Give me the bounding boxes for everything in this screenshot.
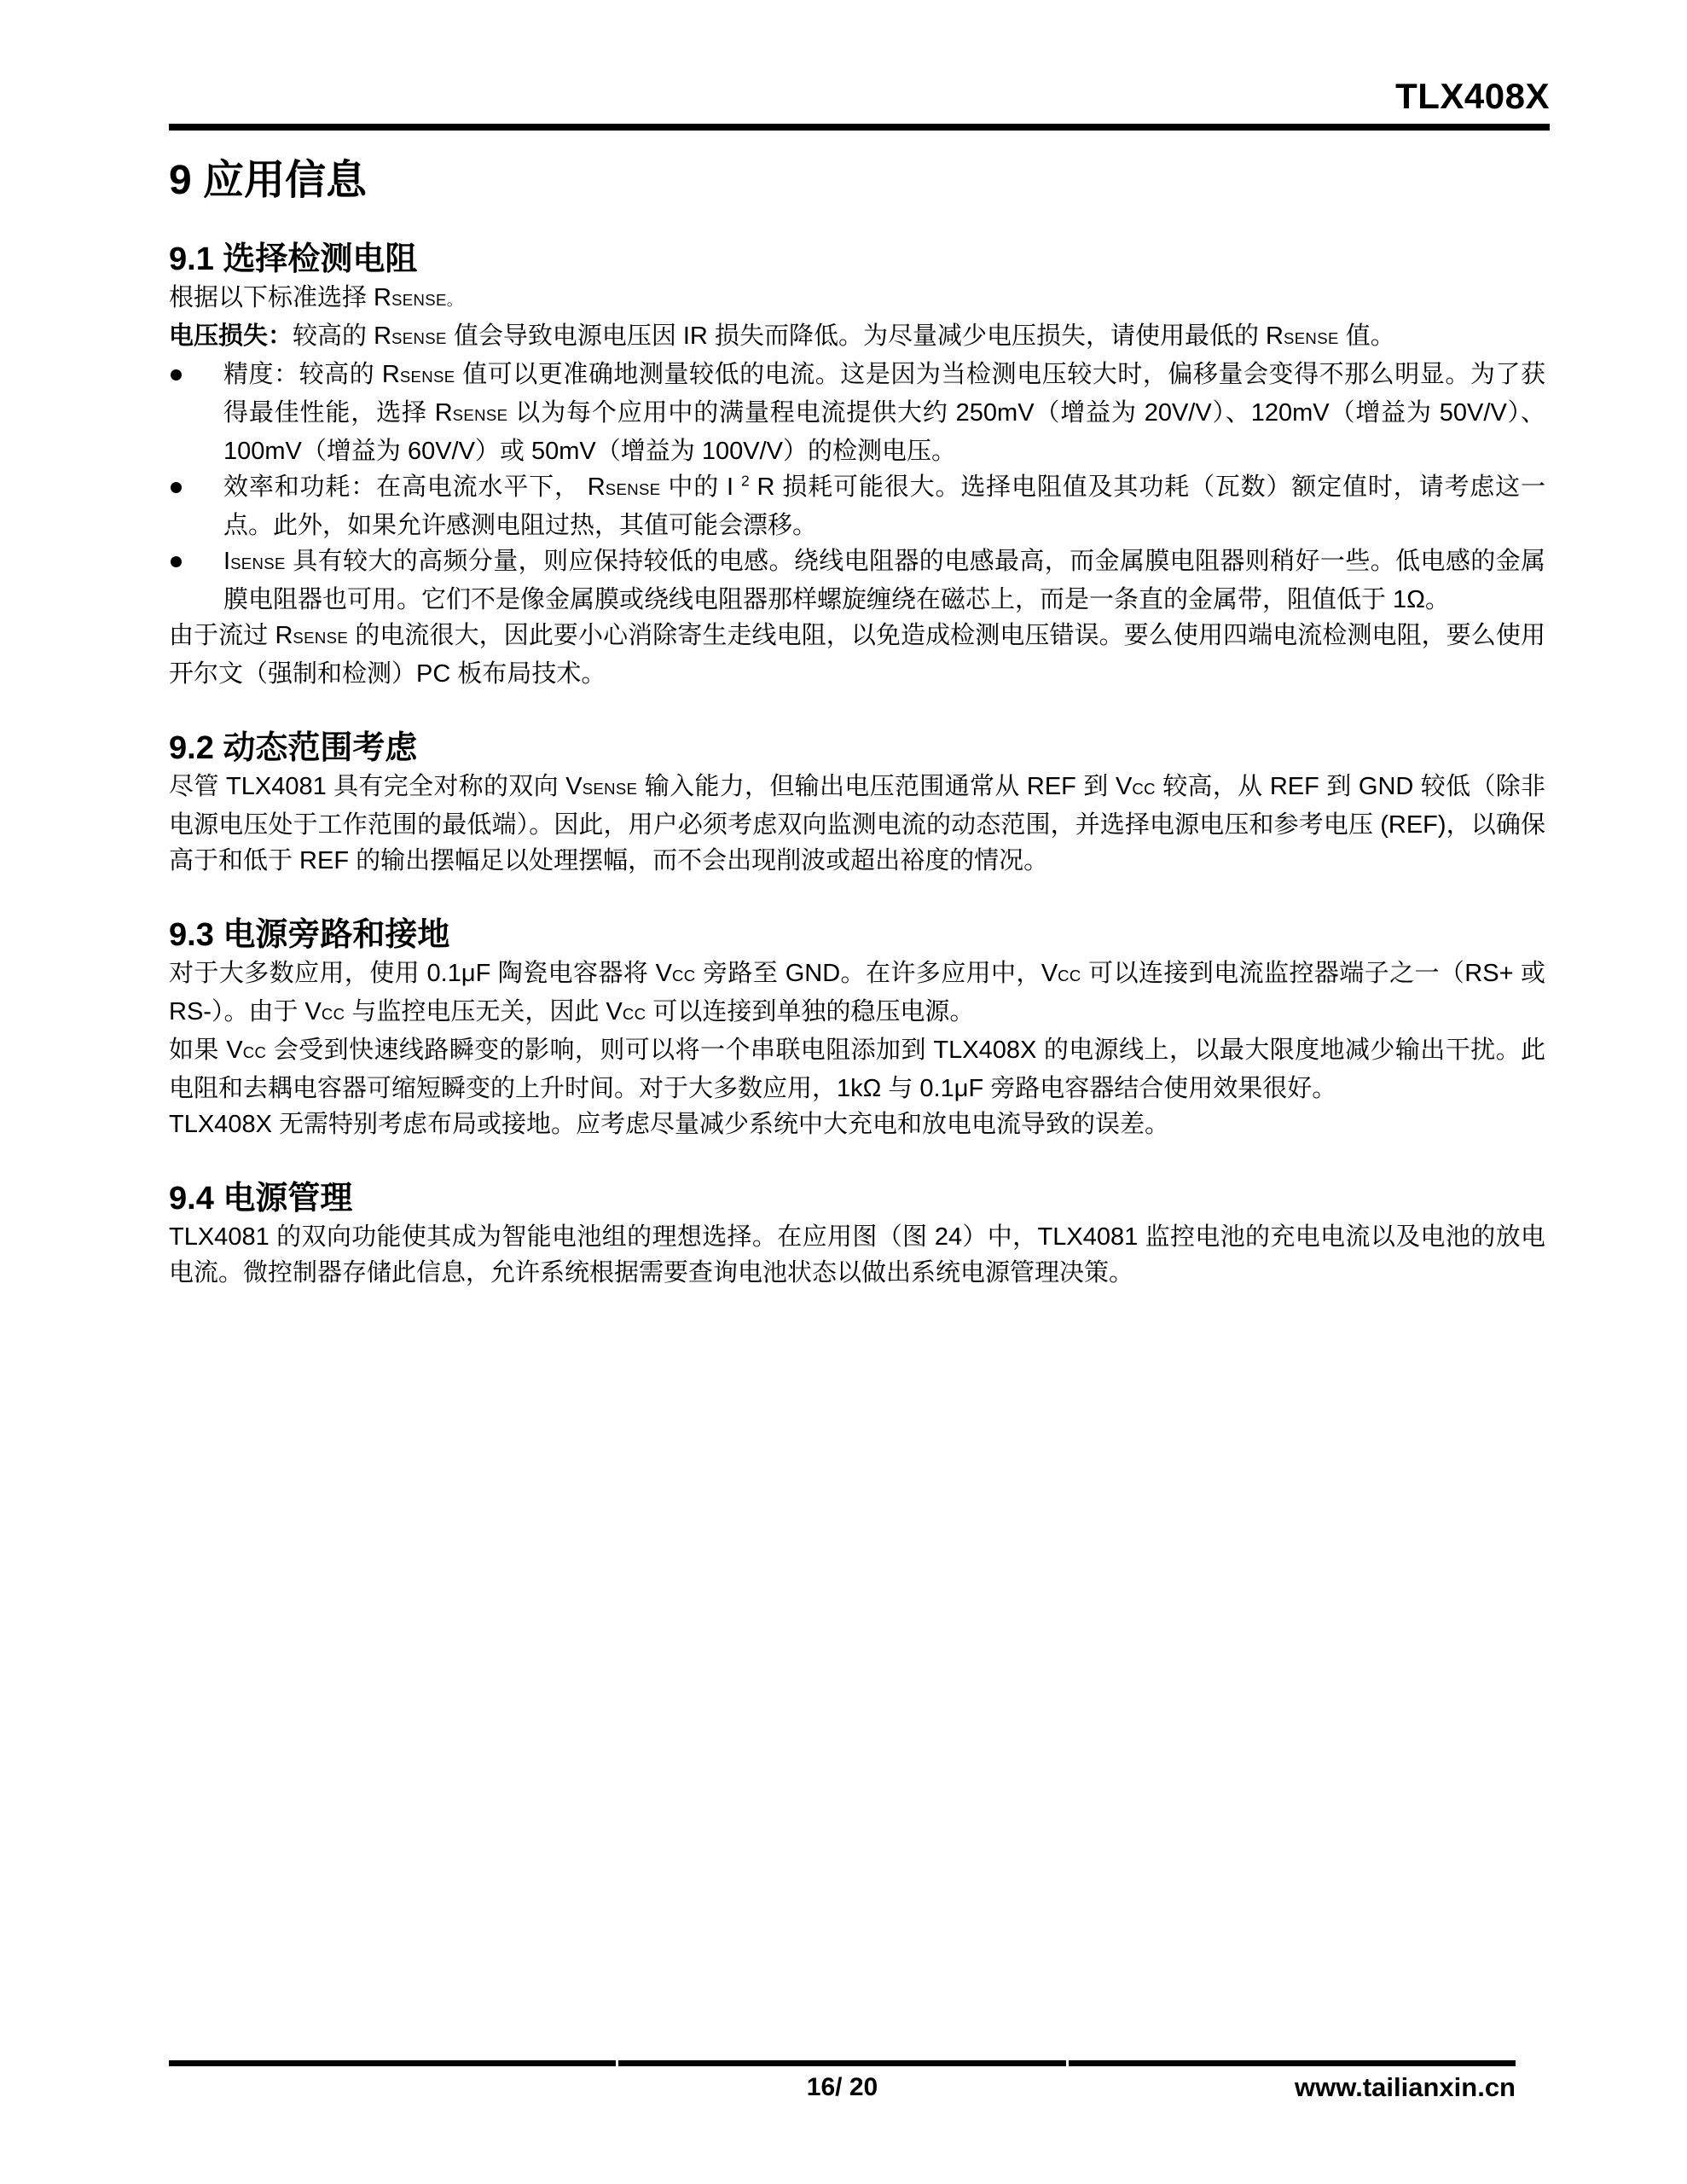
list-item: 效率和功耗：在高电流水平下， RSENSE 中的 I 2 R 损耗可能很大。选择… [169,469,1545,543]
doc-section: 9.1 选择检测电阻 根据以下标准选择 RSENSE。 电压损失：较高的 RSE… [169,241,1545,692]
chapter-title: 9 应用信息 [169,159,1545,203]
list-item-text: 精度：较高的 RSENSE 值可以更准确地测量较低的电流。这是因为当检测电压较大… [223,361,1545,465]
paragraph: 尽管 TLX4081 具有完全对称的双向 VSENSE 输入能力，但输出电压范围… [169,769,1545,879]
doc-section: 9.4 电源管理 TLX4081 的双向功能使其成为智能电池组的理想选择。在应用… [169,1180,1545,1291]
document-body: 9 应用信息 9.1 选择检测电阻 根据以下标准选择 RSENSE。 电压损失：… [169,159,1545,1291]
list-item-text: ISENSE 具有较大的高频分量，则应保持较低的电感。绕线电阻器的电感最高，而金… [223,548,1545,613]
section-body: 对于大多数应用，使用 0.1μF 陶瓷电容器将 VCC 旁路至 GND。在许多应… [169,955,1545,1142]
section-heading: 9.3 电源旁路和接地 [169,916,1545,954]
section-body: TLX4081 的双向功能使其成为智能电池组的理想选择。在应用图（图 24）中，… [169,1219,1545,1291]
header-rule [169,124,1550,131]
section-heading: 9.4 电源管理 [169,1180,1545,1217]
footer-rule-segment [169,2060,616,2066]
paragraph: TLX4081 的双向功能使其成为智能电池组的理想选择。在应用图（图 24）中，… [169,1219,1545,1291]
paragraph: 对于大多数应用，使用 0.1μF 陶瓷电容器将 VCC 旁路至 GND。在许多应… [169,955,1545,1032]
doc-section: 9.3 电源旁路和接地 对于大多数应用，使用 0.1μF 陶瓷电容器将 VCC … [169,916,1545,1142]
bullet-icon [171,369,182,380]
section-heading: 9.2 动态范围考虑 [169,729,1545,767]
paragraph: 由于流过 RSENSE 的电流很大，因此要小心消除寄生走线电阻，以免造成检测电压… [169,618,1545,692]
paragraph: 根据以下标准选择 RSENSE。 [169,280,1545,318]
section-body: 尽管 TLX4081 具有完全对称的双向 VSENSE 输入能力，但输出电压范围… [169,769,1545,879]
website-text: www.tailianxin.cn [169,2071,1516,2104]
paragraph: TLX408X 无需特别考虑布局或接地。应考虑尽量减少系统中大充电和放电电流导致… [169,1107,1545,1142]
sections: 9.1 选择检测电阻 根据以下标准选择 RSENSE。 电压损失：较高的 RSE… [169,241,1545,1291]
footer-rule [169,2060,1516,2066]
paragraph: 电压损失：较高的 RSENSE 值会导致电源电压因 IR 损失而降低。为尽量减少… [169,318,1545,357]
bullet-icon [171,482,182,493]
footer-rule-segment [618,2060,1065,2066]
doc-section: 9.2 动态范围考虑 尽管 TLX4081 具有完全对称的双向 VSENSE 输… [169,729,1545,879]
list-item: ISENSE 具有较大的高频分量，则应保持较低的电感。绕线电阻器的电感最高，而金… [169,543,1545,618]
document-title: TLX408X [169,77,1550,116]
list-item-text: 效率和功耗：在高电流水平下， RSENSE 中的 I 2 R 损耗可能很大。选择… [223,473,1545,539]
footer-rule-segment [1069,2060,1516,2066]
section-heading: 9.1 选择检测电阻 [169,241,1545,278]
bullet-icon [171,556,182,567]
section-body: 根据以下标准选择 RSENSE。 电压损失：较高的 RSENSE 值会导致电源电… [169,280,1545,692]
list-item: 精度：较高的 RSENSE 值可以更准确地测量较低的电流。这是因为当检测电压较大… [169,357,1545,469]
paragraph: 如果 VCC 会受到快速线路瞬变的影响，则可以将一个串联电阻添加到 TLX408… [169,1032,1545,1107]
datasheet-page: TLX408X 9 应用信息 9.1 选择检测电阻 根据以下标准选择 RSENS… [0,0,1687,2184]
